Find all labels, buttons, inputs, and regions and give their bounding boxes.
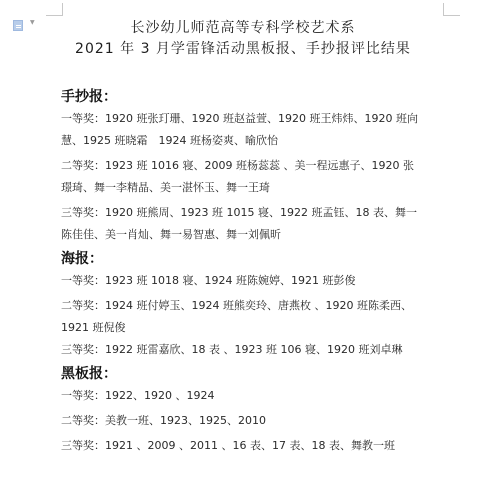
page-margin-corner-top-left (46, 3, 63, 16)
award-line: 一等奖：1923 班 1018 寝、1924 班陈婉婷、1921 班彭俊 (61, 270, 461, 292)
document-title-line-1: 长沙幼儿师范高等专科学校艺术系 (0, 17, 486, 37)
award-line: 二等奖：美教一班、1923、1925、2010 (61, 410, 461, 432)
award-line: 二等奖：1923 班 1016 寝、2009 班杨蕊蕊 、美一程远惠子、1920… (61, 155, 461, 177)
award-line: 一等奖：1922、1920 、1924 (61, 385, 461, 407)
award-line: 陈佳佳、美一肖灿、舞一易智惠、舞一刘佩昕 (61, 224, 461, 246)
award-line: 1921 班倪俊 (61, 317, 461, 339)
section-heading: 海报： (61, 248, 461, 270)
section-heading: 手抄报： (61, 86, 461, 108)
section-heading: 黑板报： (61, 363, 461, 385)
page-margin-corner-top-right (443, 3, 460, 16)
award-line: 一等奖：1920 班张玎珊、1920 班赵益萱、1920 班王炜炜、1920 班… (61, 108, 461, 130)
section-handwritten-newspaper: 手抄报： 一等奖：1920 班张玎珊、1920 班赵益萱、1920 班王炜炜、1… (61, 86, 461, 246)
award-line: 三等奖：1920 班熊周、1923 班 1015 寝、1922 班孟钰、18 表… (61, 202, 461, 224)
section-blackboard-newspaper: 黑板报： 一等奖：1922、1920 、1924 二等奖：美教一班、1923、1… (61, 363, 461, 457)
award-line: 璟琦、舞一李精晶、美一湛怀玉、舞一王琦 (61, 177, 461, 199)
award-line: 慧、1925 班晓霜 1924 班杨姿爽、喻欣怡 (61, 130, 461, 152)
document-title-line-2: 2021 年 3 月学雷锋活动黑板报、手抄报评比结果 (0, 38, 486, 58)
award-line: 三等奖：1921 、2009 、2011 、16 表、17 表、18 表、舞教一… (61, 435, 461, 457)
section-poster: 海报： 一等奖：1923 班 1018 寝、1924 班陈婉婷、1921 班彭俊… (61, 248, 461, 361)
award-line: 三等奖：1922 班雷嘉欣、18 表 、1923 班 106 寝、1920 班刘… (61, 339, 461, 361)
award-line: 二等奖：1924 班付婷玉、1924 班熊奕玲、唐燕枚 、1920 班陈柔西、 (61, 295, 461, 317)
document-body: 手抄报： 一等奖：1920 班张玎珊、1920 班赵益萱、1920 班王炜炜、1… (61, 86, 461, 457)
